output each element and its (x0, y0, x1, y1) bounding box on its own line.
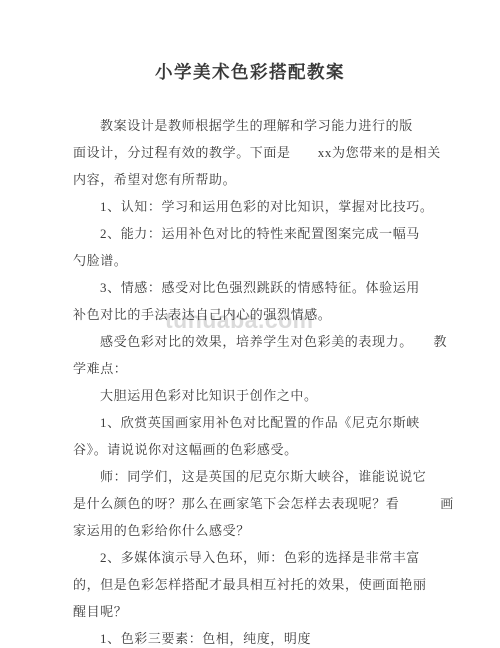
document-line: 是什么颜色的呀？那么在画家笔下会怎样去表现呢？看 画 (73, 490, 433, 517)
document-line: 感受色彩对比的效果，培养学生对色彩美的表现力。 教 (73, 328, 433, 355)
document-line: 谷》。请说说你对这幅画的色彩感受。 (73, 436, 433, 463)
document-line: 1、认知：学习和运用色彩的对比知识，掌握对比技巧。 (73, 193, 433, 220)
document-line: 勺脸谱。 (73, 247, 433, 274)
document-title: 小学美术色彩搭配教案 (0, 59, 500, 84)
document-line: 2、能力：运用补色对比的特性来配置图案完成一幅马 (73, 220, 433, 247)
document-line: 补色对比的手法表达自己内心的强烈情感。 (73, 301, 433, 328)
document-line: 2、多媒体演示导入色环，师：色彩的选择是非常丰富 (73, 544, 433, 571)
document-line: 1、色彩三要素：色相，纯度，明度 (73, 625, 433, 648)
document-line: 教案设计是教师根据学生的理解和学习能力进行的版 (73, 112, 433, 139)
document-body: 教案设计是教师根据学生的理解和学习能力进行的版 面设计，分过程有效的教学。下面是… (73, 112, 433, 648)
document-line: 1、欣赏英国画家用补色对比配置的作品《尼克尔斯峡 (73, 409, 433, 436)
document-line: 面设计，分过程有效的教学。下面是 xx为您带来的是相关 (73, 139, 433, 166)
document-line: 内容，希望对您有所帮助。 (73, 166, 433, 193)
document-line: 师：同学们，这是英国的尼克尔斯大峡谷，谁能说说它 (73, 463, 433, 490)
document-line: 家运用的色彩给你什么感受？ (73, 517, 433, 544)
document-line: 醒目呢？ (73, 598, 433, 625)
document-line: 大胆运用色彩对比知识于创作之中。 (73, 382, 433, 409)
document-page: tuhuaba.com 小学美术色彩搭配教案 教案设计是教师根据学生的理解和学习… (0, 0, 500, 648)
document-line: 的，但是色彩怎样搭配才最具相互衬托的效果，使画面艳丽 (73, 571, 433, 598)
document-line: 学难点： (73, 355, 433, 382)
document-line: 3、情感：感受对比色强烈跳跃的情感特征。体验运用 (73, 274, 433, 301)
